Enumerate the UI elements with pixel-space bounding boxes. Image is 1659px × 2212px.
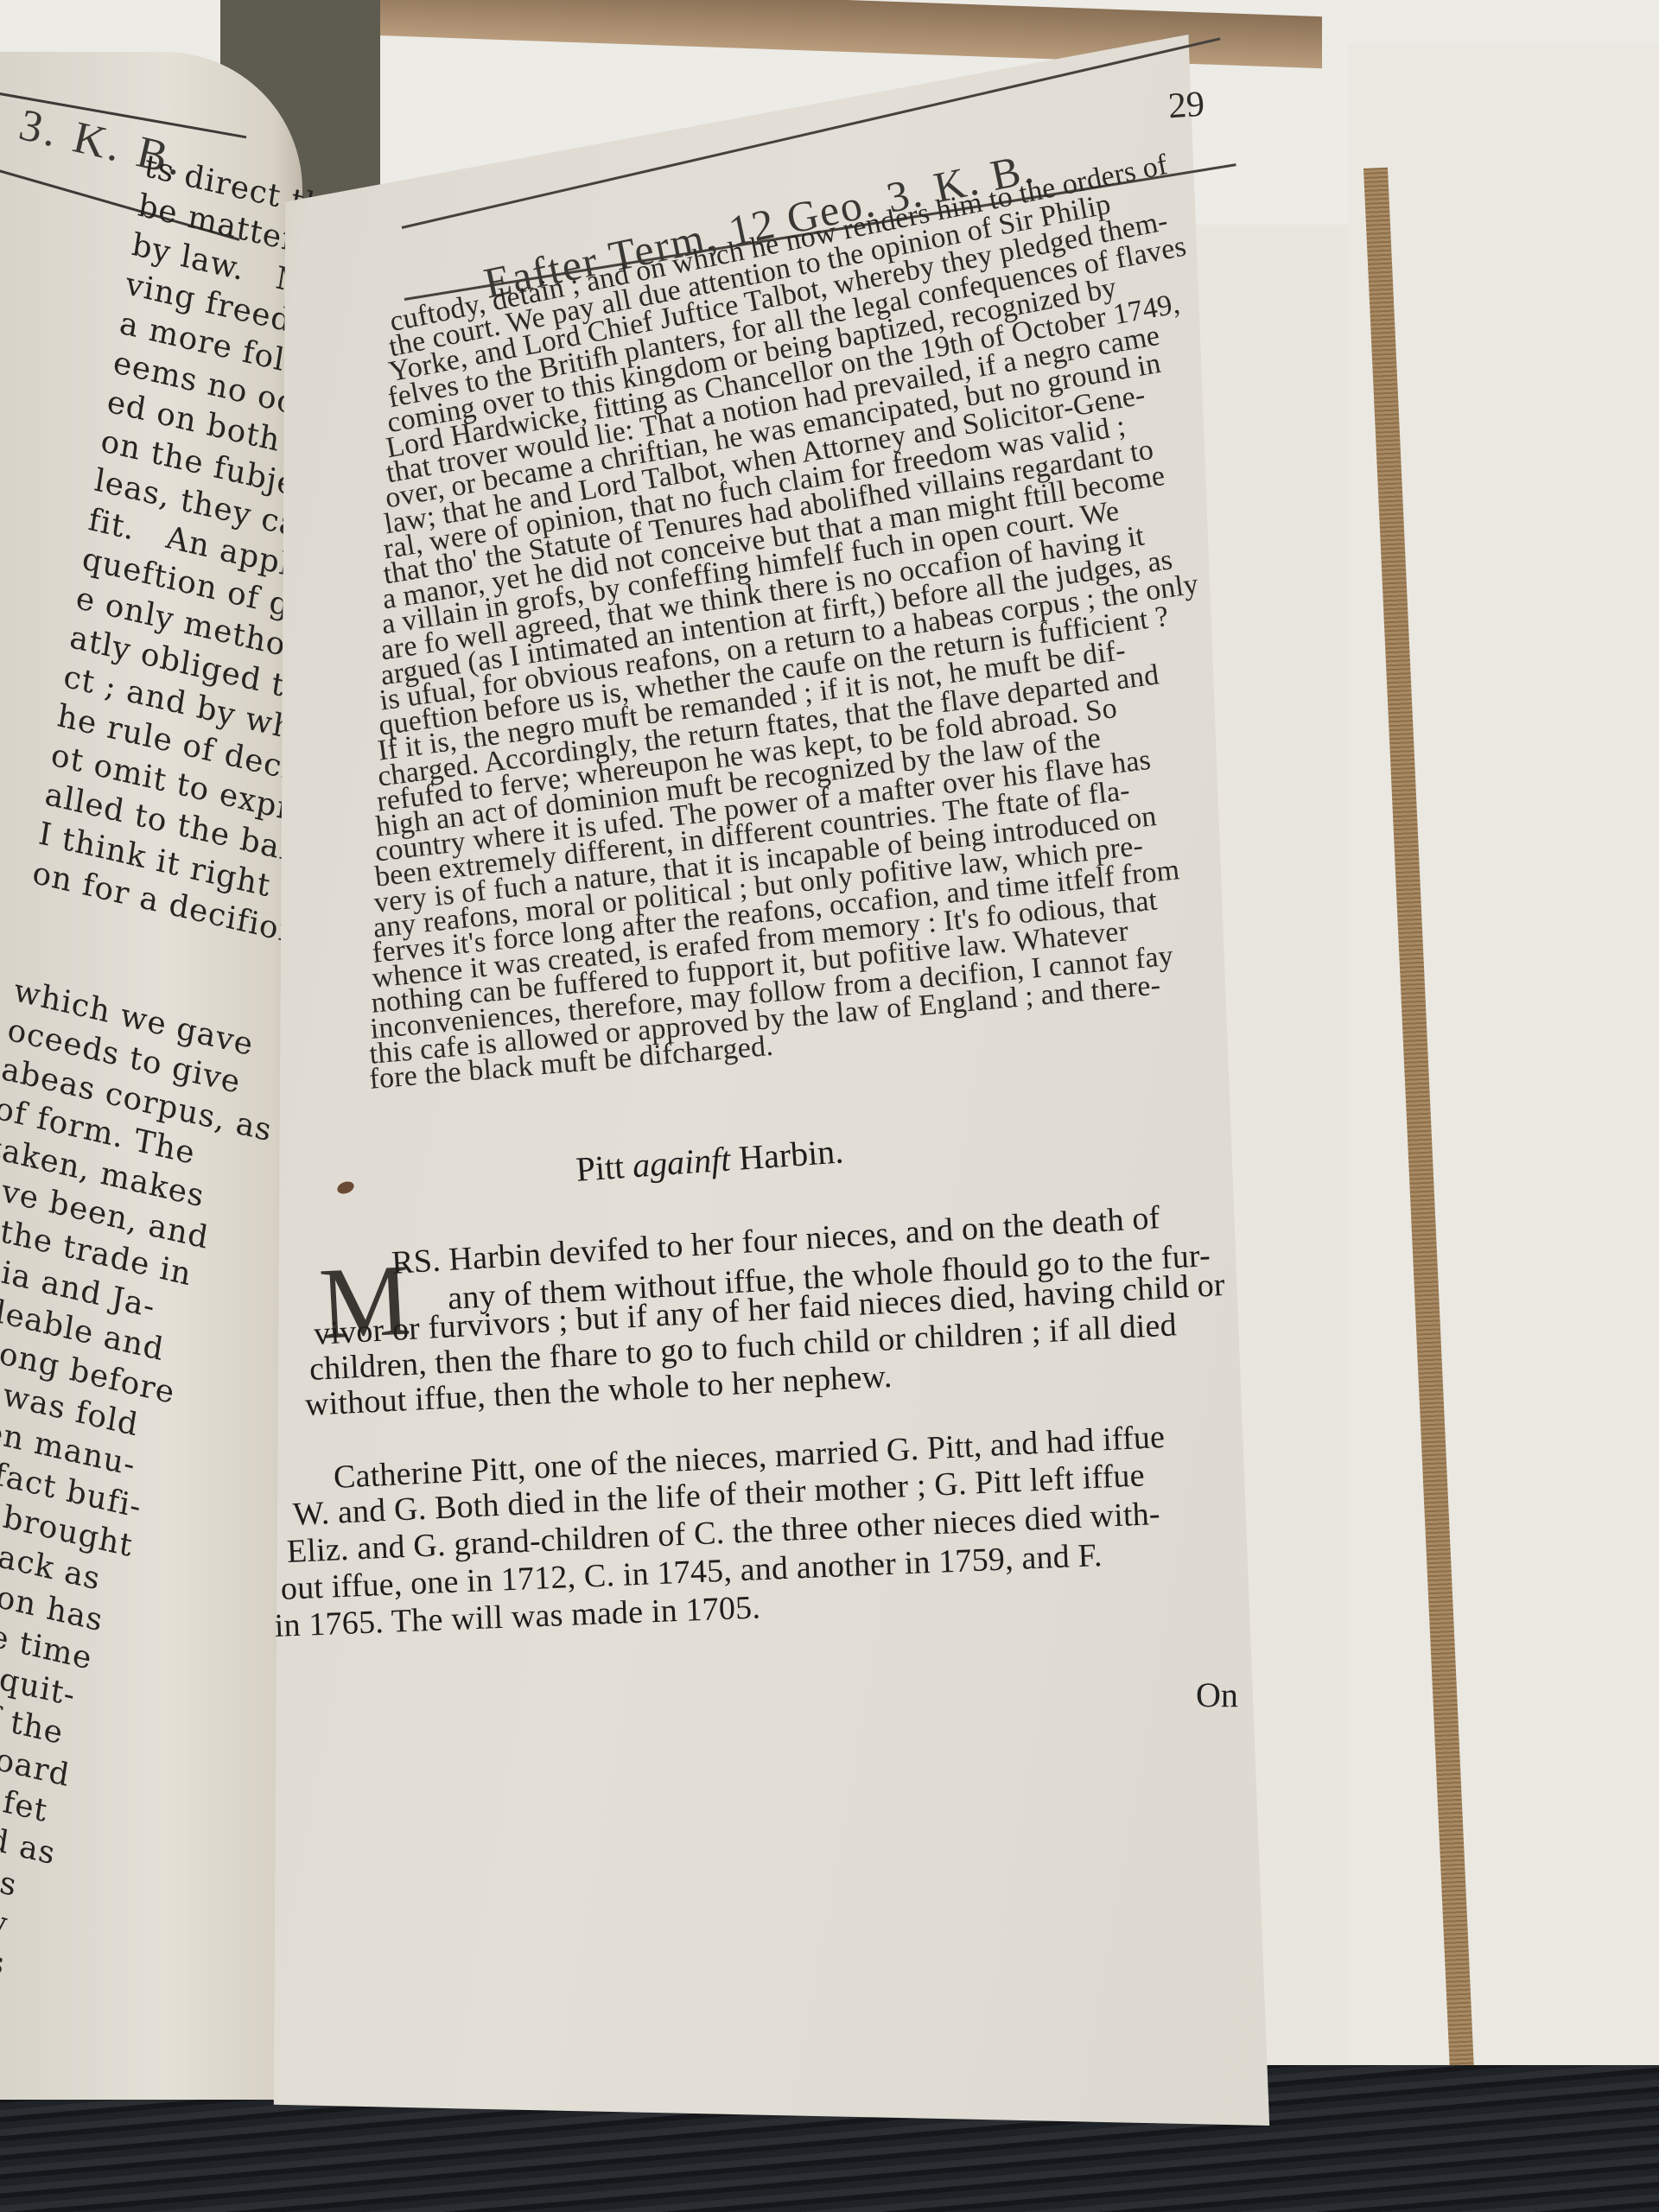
case-versus: againft <box>632 1140 732 1185</box>
left-page: 3. K. B. ts direct the law ; thebe matte… <box>0 52 302 2100</box>
case-defendant: Harbin. <box>738 1131 845 1177</box>
page-number: 29 <box>1166 84 1205 128</box>
catchword: On <box>1196 1675 1238 1715</box>
case-plaintiff: Pitt <box>575 1147 626 1189</box>
